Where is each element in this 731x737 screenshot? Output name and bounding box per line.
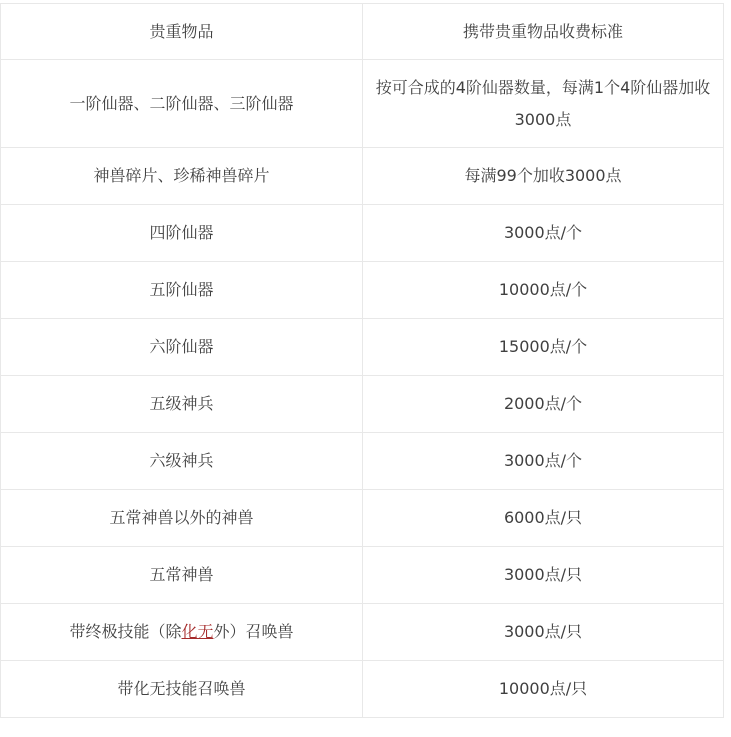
item-text-suffix: 外）召唤兽: [214, 622, 294, 641]
page: 贵重物品 携带贵重物品收费标准 一阶仙器、二阶仙器、三阶仙器 按可合成的4阶仙器…: [0, 0, 731, 737]
table-row: 带终极技能（除化无外）召唤兽 3000点/只: [1, 604, 724, 661]
item-text-prefix: 带终极技能（除: [69, 622, 181, 641]
fee-cell: 6000点/只: [363, 490, 724, 547]
table-row: 六阶仙器 15000点/个: [1, 319, 724, 376]
valuables-fee-table: 贵重物品 携带贵重物品收费标准 一阶仙器、二阶仙器、三阶仙器 按可合成的4阶仙器…: [0, 3, 724, 718]
item-cell: 神兽碎片、珍稀神兽碎片: [1, 148, 363, 205]
item-cell: 五常神兽: [1, 547, 363, 604]
huawu-link[interactable]: 化无: [181, 622, 213, 641]
item-cell: 带终极技能（除化无外）召唤兽: [1, 604, 363, 661]
fee-cell: 3000点/个: [363, 205, 724, 262]
fee-cell: 3000点/个: [363, 433, 724, 490]
item-cell: 四阶仙器: [1, 205, 363, 262]
table-row: 带化无技能召唤兽 10000点/只: [1, 661, 724, 718]
item-cell: 六级神兵: [1, 433, 363, 490]
table-row: 四阶仙器 3000点/个: [1, 205, 724, 262]
item-cell: 五级神兵: [1, 376, 363, 433]
item-cell: 六阶仙器: [1, 319, 363, 376]
fee-cell: 按可合成的4阶仙器数量，每满1个4阶仙器加收3000点: [363, 60, 724, 148]
item-cell: 五常神兽以外的神兽: [1, 490, 363, 547]
table-row: 神兽碎片、珍稀神兽碎片 每满99个加收3000点: [1, 148, 724, 205]
table-row: 五阶仙器 10000点/个: [1, 262, 724, 319]
fee-cell: 3000点/只: [363, 547, 724, 604]
table-row: 一阶仙器、二阶仙器、三阶仙器 按可合成的4阶仙器数量，每满1个4阶仙器加收300…: [1, 60, 724, 148]
fee-cell: 10000点/只: [363, 661, 724, 718]
item-cell: 一阶仙器、二阶仙器、三阶仙器: [1, 60, 363, 148]
table-row: 五级神兵 2000点/个: [1, 376, 724, 433]
fee-cell: 2000点/个: [363, 376, 724, 433]
table-row: 六级神兵 3000点/个: [1, 433, 724, 490]
header-row: 贵重物品 携带贵重物品收费标准: [1, 4, 724, 60]
item-cell: 五阶仙器: [1, 262, 363, 319]
fee-cell: 10000点/个: [363, 262, 724, 319]
fee-cell: 3000点/只: [363, 604, 724, 661]
column-header-fee: 携带贵重物品收费标准: [363, 4, 724, 60]
item-cell: 带化无技能召唤兽: [1, 661, 363, 718]
table-row: 五常神兽 3000点/只: [1, 547, 724, 604]
table-row: 五常神兽以外的神兽 6000点/只: [1, 490, 724, 547]
fee-cell: 每满99个加收3000点: [363, 148, 724, 205]
column-header-item: 贵重物品: [1, 4, 363, 60]
fee-cell: 15000点/个: [363, 319, 724, 376]
